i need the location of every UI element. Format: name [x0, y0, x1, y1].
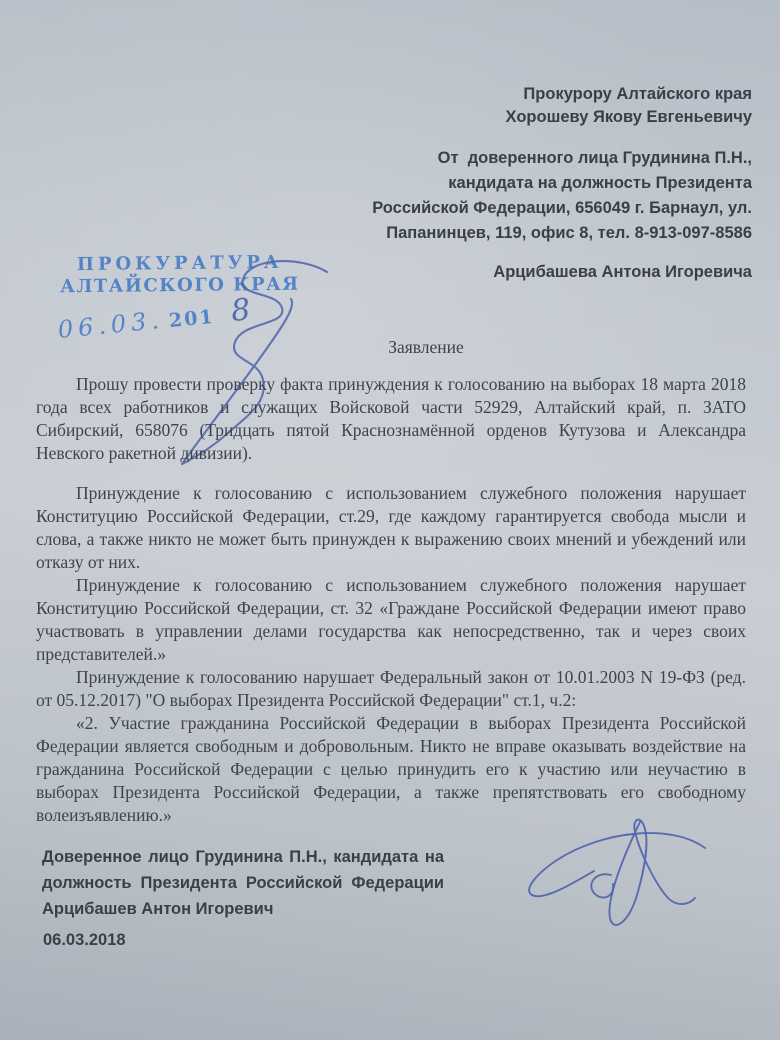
signoff-role: Доверенное лицо Грудинина П.Н., кандидат… — [42, 844, 444, 896]
stamp-line-1: ПРОКУРАТУРА — [55, 252, 305, 277]
paragraph: Прошу провести проверку факта принуждени… — [36, 373, 746, 465]
document-body: Заявление Прошу провести проверку факта … — [36, 336, 746, 827]
prosecutor-stamp: ПРОКУРАТУРА АЛТАЙСКОГО КРАЯ 06.03. 201 8 — [55, 252, 306, 336]
addressee-name-line: Арцибашева Антона Игоревича — [372, 260, 752, 285]
document-photo: Прокурору Алтайского края Хорошеву Якову… — [0, 0, 780, 1040]
paragraph: «2. Участие гражданина Российской Федера… — [36, 712, 746, 827]
signoff-date: 06.03.2018 — [43, 931, 126, 950]
addressee-from-line: От доверенного лица Грудинина П.Н., — [372, 146, 752, 171]
addressee-from-line: Папанинцев, 119, офис 8, тел. 8-913-097-… — [372, 221, 752, 246]
addressee-to-line: Прокурору Алтайского края — [372, 83, 752, 106]
stamp-date-last-digit: 8 — [229, 292, 251, 329]
paragraph: Принуждение к голосованию нарушает Федер… — [36, 666, 746, 712]
addressee-to-line: Хорошеву Якову Евгеньевичу — [372, 106, 752, 129]
addressee-from-line: кандидата на должность Президента — [372, 171, 752, 196]
document-title: Заявление — [36, 336, 746, 359]
addressee-block: Прокурору Алтайского края Хорошеву Якову… — [372, 83, 752, 285]
addressee-from-group: От доверенного лица Грудинина П.Н., канд… — [372, 146, 752, 246]
stamp-date-year: 201 — [168, 306, 216, 332]
signoff-name: Арцибашев Антон Игоревич — [42, 896, 444, 922]
paragraph: Принуждение к голосованию с использовани… — [36, 574, 746, 666]
signoff-block: Доверенное лицо Грудинина П.Н., кандидат… — [42, 844, 444, 922]
addressee-from-line: Российской Федерации, 656049 г. Барнаул,… — [372, 196, 752, 221]
paragraph: Принуждение к голосованию с использовани… — [36, 482, 746, 574]
